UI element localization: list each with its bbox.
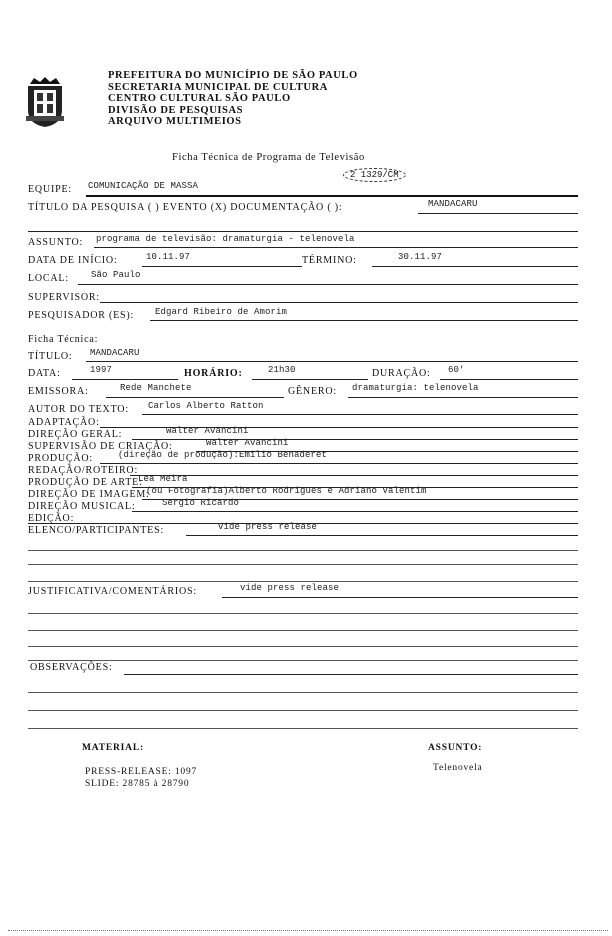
producao-value: (direção de produção):Emilio Benaderet: [118, 450, 327, 460]
producao-arte-label: PRODUÇÃO DE ARTE:: [28, 477, 143, 488]
justificativa-extra-line-2: [28, 630, 578, 631]
institution-header: PREFEITURA DO MUNICÍPIO DE SÃO PAULO SEC…: [108, 70, 358, 128]
material-label: MATERIAL:: [82, 743, 144, 753]
titulo-line: [86, 361, 578, 362]
redacao-label: REDAÇÃO/ROTEIRO:: [28, 465, 138, 476]
observacoes-label: OBSERVAÇÕES:: [30, 662, 113, 673]
local-label: LOCAL:: [28, 273, 69, 284]
termino-line: [372, 266, 578, 267]
direcao-geral-label: DIREÇÃO GERAL:: [28, 429, 122, 440]
data-inicio-line: [142, 266, 302, 267]
elenco-extra-line-2: [28, 564, 578, 565]
justificativa-extra-line-3: [28, 646, 578, 647]
horario-line: [252, 379, 368, 380]
header-line-5: ARQUIVO MULTIMEIOS: [108, 116, 358, 128]
direcao-imagem-value: (ou Fotografia)Alberto Rodrigues e Adria…: [146, 486, 427, 496]
emissora-label: EMISSORA:: [28, 386, 89, 397]
termino-label: TÉRMINO:: [302, 255, 357, 266]
bottom-scan-edge: [8, 930, 608, 931]
direcao-geral-line: [132, 439, 578, 440]
equipe-value: COMUNICAÇÃO DE MASSA: [88, 181, 198, 191]
header-line-4: DIVISÃO DE PESQUISAS: [108, 105, 358, 117]
header-line-3: CENTRO CULTURAL SÃO PAULO: [108, 93, 358, 105]
producao-label: PRODUÇÃO:: [28, 453, 93, 464]
assunto-label: ASSUNTO:: [28, 237, 83, 248]
local-line: [78, 284, 578, 285]
tipo-line: [418, 213, 578, 214]
tipo-label: TÍTULO DA PESQUISA ( ) EVENTO (X) DOCUME…: [28, 202, 343, 213]
redacao-line: [130, 475, 578, 476]
genero-label: GÊNERO:: [288, 386, 337, 397]
equipe-label: EQUIPE:: [28, 184, 72, 195]
data-line: [72, 379, 178, 380]
local-value: São Paulo: [91, 270, 141, 280]
observacoes-extra-line-1: [28, 692, 578, 693]
ficha-tecnica-heading: Ficha Técnica:: [28, 334, 98, 345]
data-inicio-value: 10.11.97: [146, 252, 190, 262]
producao-line: [100, 463, 578, 464]
direcao-musical-line: [132, 511, 578, 512]
direcao-geral-value: Walter Avancini: [166, 426, 249, 436]
autor-line: [142, 414, 578, 415]
footer-assunto-value: Telenovela: [433, 763, 483, 773]
supervisor-line: [100, 302, 578, 303]
duracao-value: 60': [448, 365, 465, 375]
genero-line: [348, 397, 578, 398]
blank-line: [28, 231, 578, 232]
justificativa-extra-line-1: [28, 613, 578, 614]
observacoes-extra-line-2: [28, 710, 578, 711]
justificativa-line: [222, 597, 578, 598]
form-title: Ficha Técnica de Programa de Televisão: [172, 152, 365, 163]
horario-label: HORÁRIO:: [184, 368, 243, 379]
emissora-value: Rede Manchete: [120, 383, 192, 393]
observacoes-line: [124, 674, 578, 675]
pesquisador-line: [150, 320, 578, 321]
justificativa-extra-line-4: [28, 660, 578, 661]
equipe-line: [86, 195, 578, 197]
tipo-value: MANDACARU: [428, 199, 478, 209]
elenco-line: [186, 535, 578, 536]
pesquisador-label: PESQUISADOR (ES):: [28, 310, 134, 321]
elenco-extra-line-3: [28, 581, 578, 582]
titulo-value: MANDACARU: [90, 348, 140, 358]
data-value: 1997: [90, 365, 112, 375]
emissora-line: [106, 397, 284, 398]
elenco-label: ELENCO/PARTICIPANTES:: [28, 525, 164, 536]
footer-assunto-label: ASSUNTO:: [428, 743, 482, 753]
data-label: DATA:: [28, 368, 61, 379]
observacoes-extra-line-3: [28, 728, 578, 729]
supervisor-label: SUPERVISOR:: [28, 292, 100, 303]
titulo-label: TÍTULO:: [28, 351, 72, 362]
elenco-extra-line-1: [28, 550, 578, 551]
adaptacao-label: ADAPTAÇÃO:: [28, 417, 100, 428]
genero-value: dramaturgia: telenovela: [352, 383, 479, 393]
pesquisador-value: Edgard Ribeiro de Amorim: [155, 307, 287, 317]
termino-value: 30.11.97: [398, 252, 442, 262]
assunto-line: [94, 247, 578, 248]
duracao-label: DURAÇÃO:: [372, 368, 431, 379]
coat-of-arms-icon: [24, 76, 66, 128]
registration-stamp: 2 1329/CM: [343, 168, 406, 182]
header-line-2: SECRETARIA MUNICIPAL DE CULTURA: [108, 82, 358, 94]
direcao-musical-label: DIREÇÃO MUSICAL:: [28, 501, 136, 512]
horario-value: 21h30: [268, 365, 296, 375]
duracao-line: [440, 379, 578, 380]
direcao-musical-value: Sergio Ricardo: [162, 498, 239, 508]
assunto-value: programa de televisão: dramaturgia - tel…: [96, 234, 355, 244]
direcao-imagem-label: DIREÇÃO DE IMAGEM:: [28, 489, 150, 500]
material-item-1: PRESS-RELEASE: 1097: [85, 767, 197, 777]
producao-arte-value: Lea Meira: [138, 474, 188, 484]
autor-label: AUTOR DO TEXTO:: [28, 404, 129, 415]
supervisao-criacao-value: Walter Avancini: [206, 438, 289, 448]
elenco-value: vide press release: [218, 522, 317, 532]
justificativa-value: vide press release: [240, 583, 339, 593]
justificativa-label: JUSTIFICATIVA/COMENTÁRIOS:: [28, 586, 197, 597]
autor-value: Carlos Alberto Ratton: [148, 401, 264, 411]
data-inicio-label: DATA DE INÍCIO:: [28, 255, 118, 266]
header-line-1: PREFEITURA DO MUNICÍPIO DE SÃO PAULO: [108, 70, 358, 82]
material-item-2: SLIDE: 28785 à 28790: [85, 779, 189, 789]
